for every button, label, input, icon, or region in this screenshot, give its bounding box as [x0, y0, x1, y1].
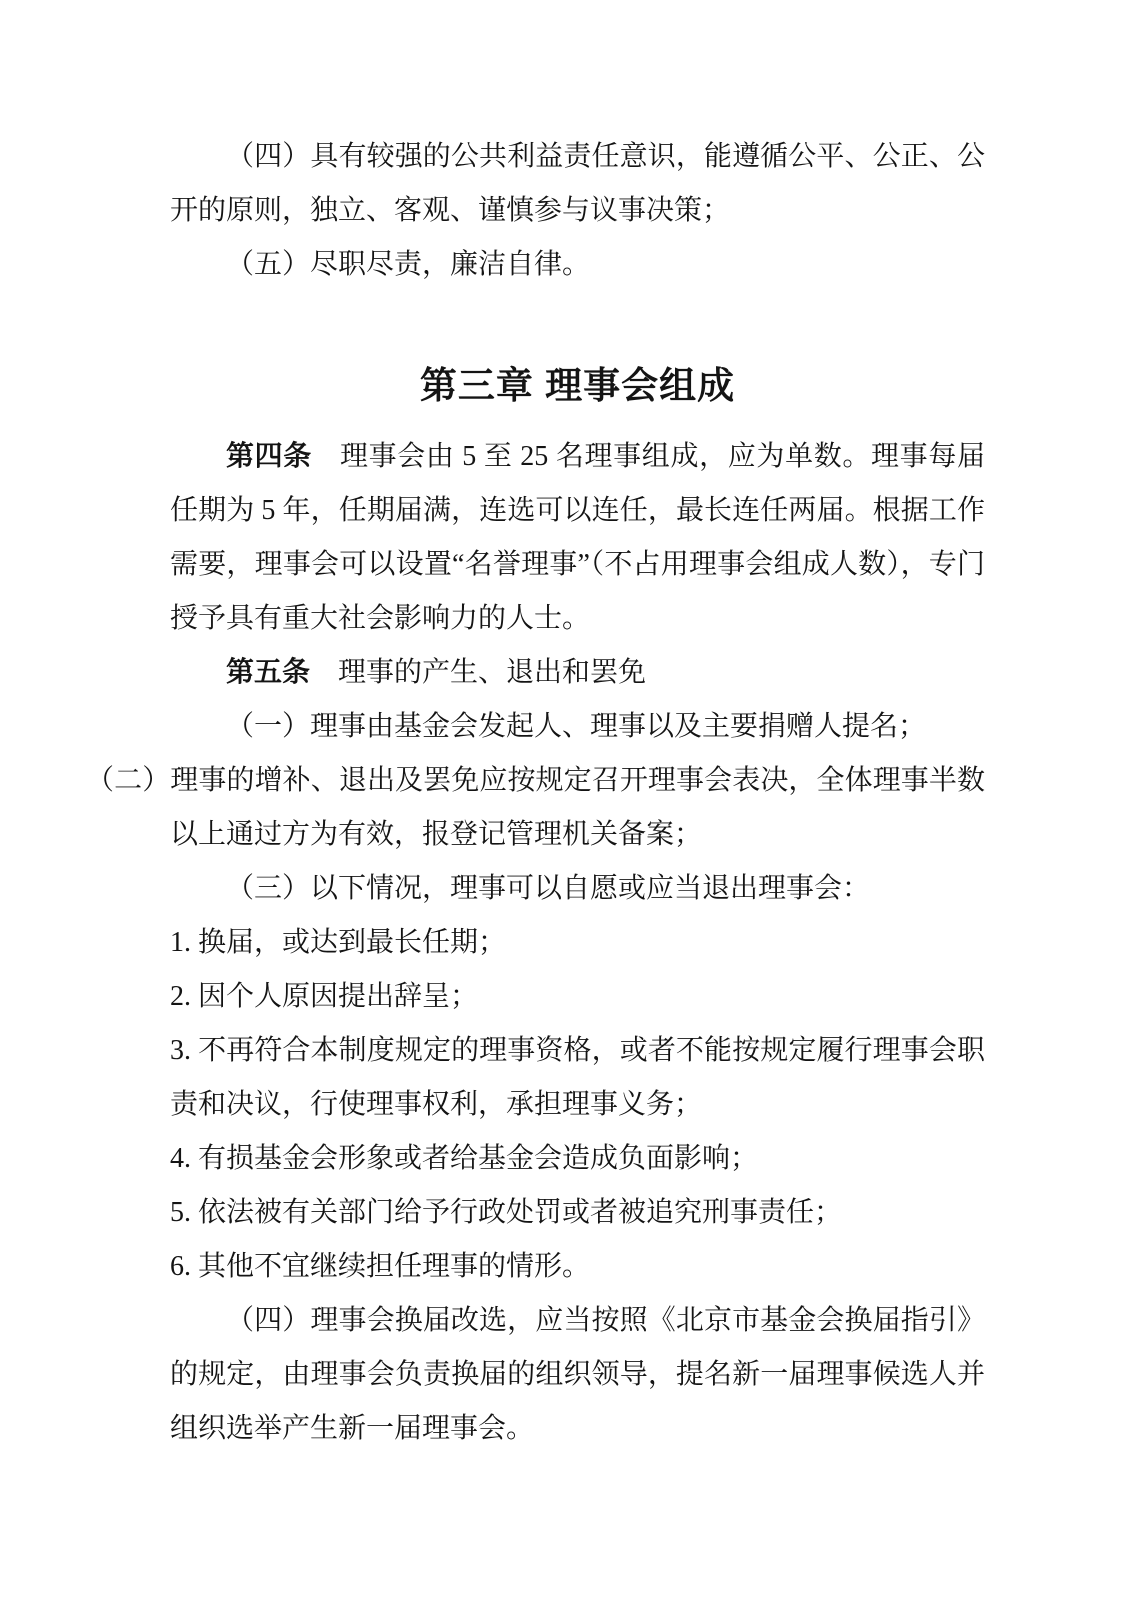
sub-item-4: 4. 有损基金会形象或者给基金会造成负面影响；: [170, 1132, 985, 1186]
list-item-4-prev: （四）具有较强的公共利益责任意识，能遵循公平、公正、公开的原则，独立、客观、谨慎…: [170, 130, 985, 238]
article-4-label: 第四条: [226, 441, 312, 472]
list-item-4: （四）理事会换届改选，应当按照《北京市基金会换届指引》的规定，由理事会负责换届的…: [170, 1294, 985, 1456]
sub-item-6: 6. 其他不宜继续担任理事的情形。: [170, 1240, 985, 1294]
list-item-1: （一）理事由基金会发起人、理事以及主要捐赠人提名；: [170, 700, 985, 754]
document-page: （四）具有较强的公共利益责任意识，能遵循公平、公正、公开的原则，独立、客观、谨慎…: [0, 0, 1131, 1600]
sub-item-5: 5. 依法被有关部门给予行政处罚或者被追究刑事责任；: [170, 1186, 985, 1240]
list-item-2: （二）理事的增补、退出及罢免应按规定召开理事会表决，全体理事半数以上通过方为有效…: [170, 754, 985, 862]
article-4-paragraph: 第四条理事会由 5 至 25 名理事组成，应为单数。理事每届任期为 5 年，任期…: [170, 430, 985, 646]
article-5-paragraph: 第五条理事的产生、退出和罢免: [170, 646, 985, 700]
list-item-3: （三）以下情况，理事可以自愿或应当退出理事会：: [170, 862, 985, 916]
article-5-label: 第五条: [226, 657, 310, 688]
sub-item-1: 1. 换届，或达到最长任期；: [170, 916, 985, 970]
article-5-text: 理事的产生、退出和罢免: [338, 657, 646, 688]
sub-item-2: 2. 因个人原因提出辞呈；: [170, 970, 985, 1024]
document-content: （四）具有较强的公共利益责任意识，能遵循公平、公正、公开的原则，独立、客观、谨慎…: [170, 130, 985, 1456]
list-item-5-prev: （五）尽职尽责，廉洁自律。: [170, 238, 985, 292]
sub-item-3: 3. 不再符合本制度规定的理事资格，或者不能按规定履行理事会职责和决议，行使理事…: [170, 1024, 985, 1132]
chapter-heading: 第三章 理事会组成: [170, 358, 985, 414]
